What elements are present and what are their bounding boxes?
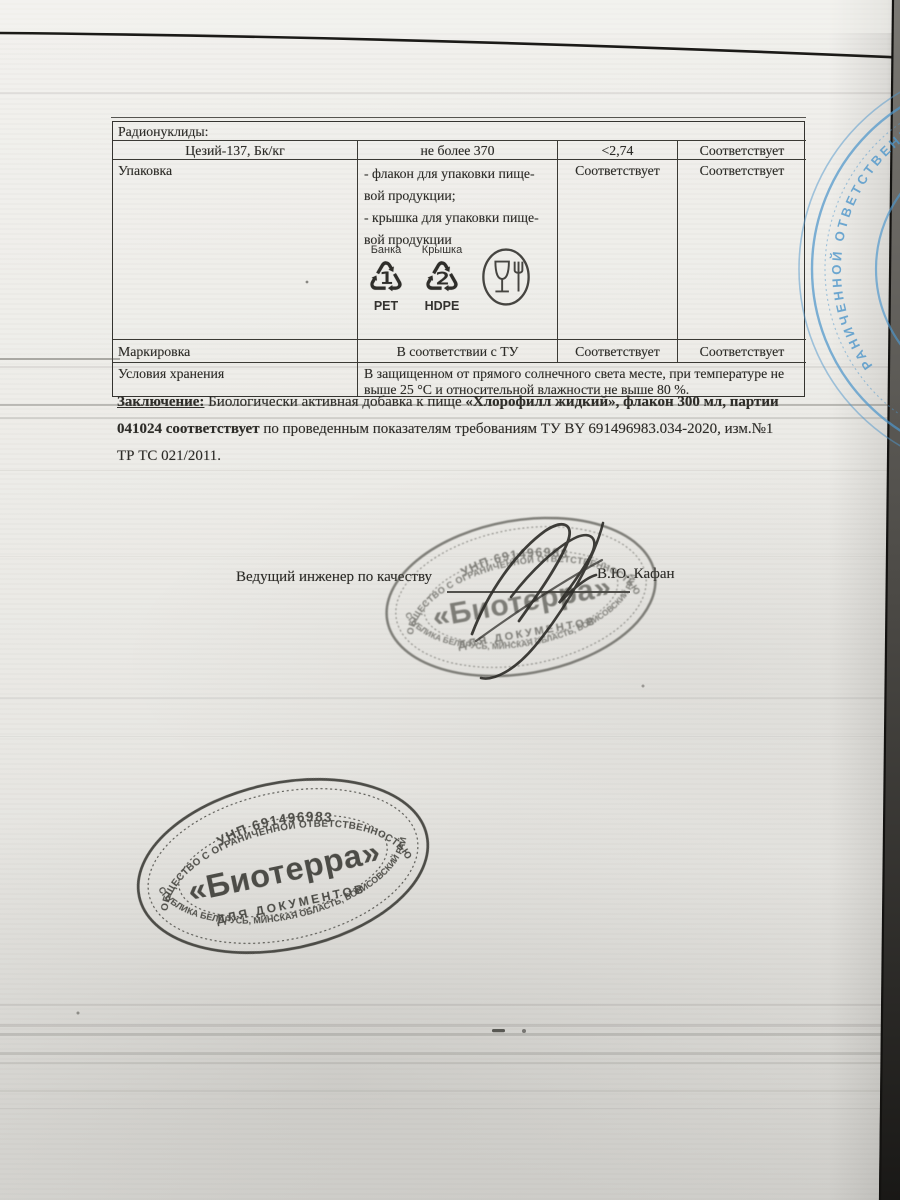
right-page-edge-line [880, 0, 893, 1200]
scan-streak [0, 556, 900, 557]
scan-streak [0, 1108, 900, 1109]
scan-streak [0, 358, 120, 360]
scan-streak [0, 1024, 900, 1027]
speck [522, 1029, 526, 1033]
marking-result-cell: Соответствует [558, 340, 678, 363]
packaging-pictograms: Банка ♳ PET Крышка ♴ HDPE [362, 244, 532, 313]
signatory-name: В.Ю. Кафан [597, 566, 675, 583]
packaging-param-cell: Упаковка [113, 160, 358, 340]
storage-requirement-cell: В защищенном от прямого солнечного света… [358, 363, 806, 396]
scan-streak [0, 1052, 900, 1055]
conclusion-line2-bold: 041024 соответствует [117, 421, 260, 437]
scanned-document-page: Радионуклиды: Цезий-137, Бк/кг не более … [0, 0, 900, 1200]
conclusion-line-2: 041024 соответствует по проведенным пока… [117, 421, 773, 438]
scan-streak [0, 1090, 900, 1092]
hdpe-code-label: HDPE [418, 300, 466, 313]
cesium-param-cell: Цезий-137, Бк/кг [113, 141, 358, 160]
recycle-hdpe-icon: ♴ [418, 256, 466, 300]
scan-streak [0, 1033, 900, 1036]
marking-verdict-cell: Соответствует [678, 340, 806, 363]
scan-streak [0, 697, 900, 699]
cesium-requirement-cell: не более 370 [358, 141, 558, 160]
conclusion-line-3: ТР ТС 021/2011. [117, 448, 221, 465]
pet-recycle-group: Банка ♳ PET [362, 244, 410, 313]
speck [642, 685, 645, 688]
packaging-verdict-cell: Соответствует [678, 160, 806, 340]
speck [77, 1012, 80, 1015]
conclusion-label: Заключение: [117, 394, 204, 410]
marking-requirement-cell: В соответствии с ТУ [358, 340, 558, 363]
hdpe-recycle-group: Крышка ♴ HDPE [418, 244, 466, 313]
scan-streak [0, 417, 900, 419]
storage-param-cell: Условия хранения [113, 363, 358, 396]
conclusion-line-1: Заключение: Биологически активная добавк… [117, 394, 779, 411]
cesium-verdict-cell: Соответствует [678, 141, 806, 160]
scan-streak [0, 470, 900, 471]
table-section-header: Радионуклиды: [113, 122, 806, 141]
right-page-edge-shadow [879, 0, 900, 1200]
scan-streak [0, 1062, 900, 1064]
top-page-edge-line [0, 33, 900, 58]
scan-streak [0, 92, 900, 94]
bioterra-stamp-bottom [122, 754, 444, 977]
conclusion-line1-bold: «Хлорофилл жидкий», флакон 300 мл, парти… [465, 394, 778, 410]
signature-line [447, 591, 630, 593]
conclusion-line2-normal: по проведенным показателям требованиям Т… [260, 421, 774, 437]
handwritten-signature [472, 523, 603, 678]
scan-streak [0, 1004, 900, 1006]
bioterra-stamp-middle [374, 498, 668, 696]
speck [492, 1029, 505, 1032]
conclusion-line1-normal: Биологически активная добавка к пище [204, 394, 465, 410]
top-edge-light-strip [0, 0, 900, 33]
recycle-pet-icon: ♳ [362, 256, 410, 300]
signatory-role: Ведущий инженер по качеству [236, 569, 432, 586]
packaging-result-cell: Соответствует [558, 160, 678, 340]
scan-streak [0, 736, 900, 737]
food-contact-glass-fork-icon [480, 247, 532, 307]
marking-param-cell: Маркировка [113, 340, 358, 363]
cesium-result-cell: <2,74 [558, 141, 678, 160]
